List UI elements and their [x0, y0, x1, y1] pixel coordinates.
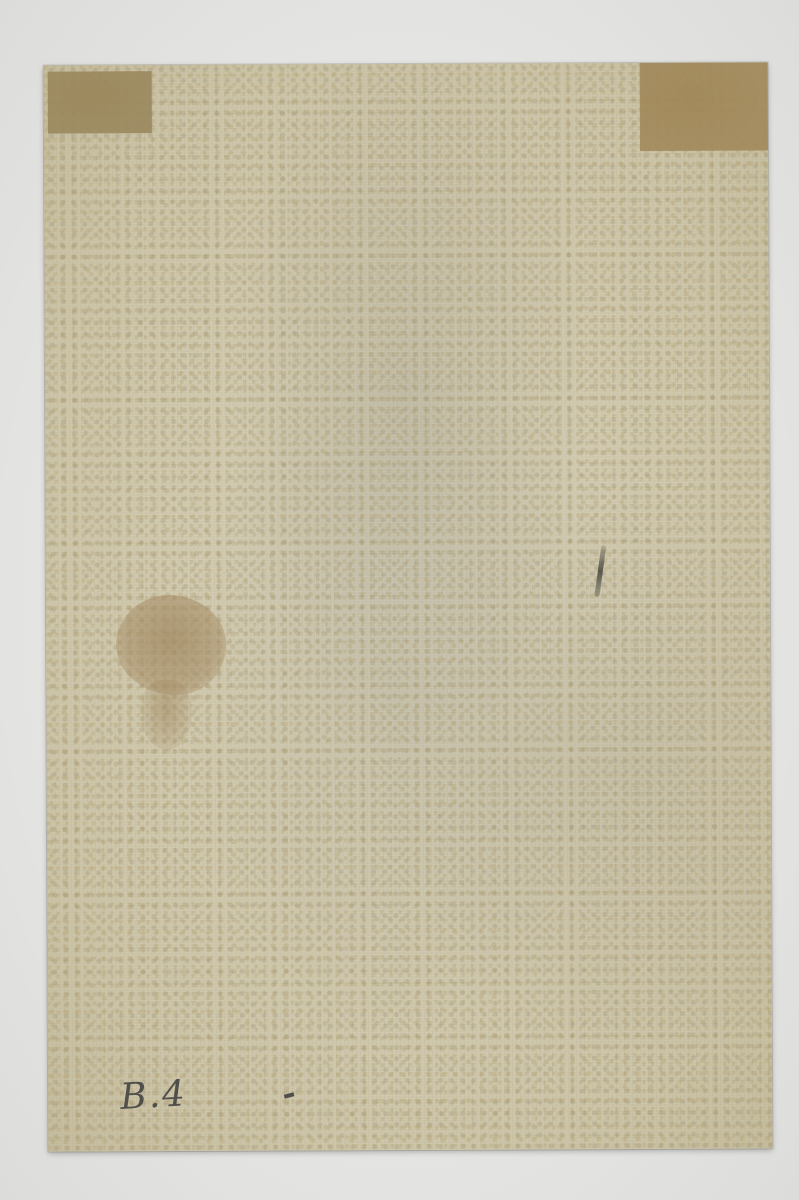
tape-top-right: [640, 62, 768, 151]
pencil-mark: [594, 545, 606, 597]
pencil-inscription: B.4: [119, 1073, 188, 1118]
inscription-dash: [284, 1092, 295, 1098]
water-stain-drip: [141, 680, 191, 750]
paper-sheet: B.4: [44, 62, 773, 1151]
tape-top-left: [48, 71, 152, 133]
